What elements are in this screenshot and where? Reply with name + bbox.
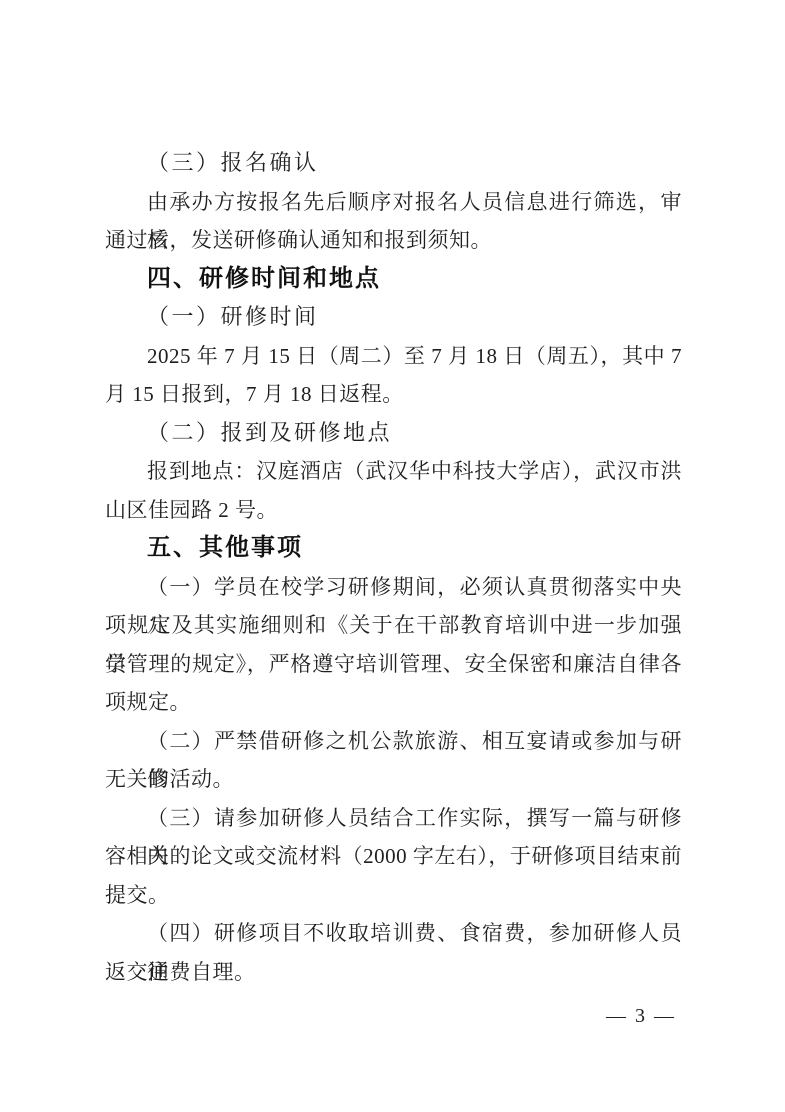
body-line: 通过后，发送研修确认通知和报到须知。 <box>105 221 682 260</box>
body-line: 返交通费自理。 <box>105 953 682 992</box>
body-line: 项规定。 <box>105 683 682 722</box>
body-line: 由承办方按报名先后顺序对报名人员信息进行筛选，审核 <box>105 183 682 222</box>
body-line: 2025 年 7 月 15 日（周二）至 7 月 18 日（周五），其中 7 <box>105 337 682 376</box>
body-line: （三）请参加研修人员结合工作实际，撰写一篇与研修内 <box>105 799 682 838</box>
body-line: （一）学员在校学习研修期间，必须认真贯彻落实中央八 <box>105 568 682 607</box>
subsection-heading-training-time: （一）研修时间 <box>105 298 682 337</box>
body-line: （四）研修项目不收取培训费、食宿费，参加研修人员往 <box>105 914 682 953</box>
body-line: 无关的活动。 <box>105 760 682 799</box>
body-line: （二）严禁借研修之机公款旅游、相互宴请或参加与研修 <box>105 722 682 761</box>
page-number: — 3 — <box>105 1005 682 1028</box>
body-line: 容相关的论文或交流材料（2000 字左右），于研修项目结束前 <box>105 837 682 876</box>
body-line: 员管理的规定》，严格遵守培训管理、安全保密和廉洁自律各 <box>105 645 682 684</box>
subsection-heading-registration-confirmation: （三）报名确认 <box>105 144 682 183</box>
section-heading-other-matters: 五、其他事项 <box>105 529 682 568</box>
body-line: 山区佳园路 2 号。 <box>105 491 682 530</box>
body-line: 提交。 <box>105 876 682 915</box>
body-line: 报到地点：汉庭酒店（武汉华中科技大学店），武汉市洪 <box>105 452 682 491</box>
subsection-heading-checkin-location: （二）报到及研修地点 <box>105 414 682 453</box>
section-heading-time-and-location: 四、研修时间和地点 <box>105 260 682 299</box>
body-line: 月 15 日报到，7 月 18 日返程。 <box>105 375 682 414</box>
body-line: 项规定及其实施细则和《关于在干部教育培训中进一步加强学 <box>105 606 682 645</box>
document-page: （三）报名确认 由承办方按报名先后顺序对报名人员信息进行筛选，审核 通过后，发送… <box>0 0 785 1112</box>
